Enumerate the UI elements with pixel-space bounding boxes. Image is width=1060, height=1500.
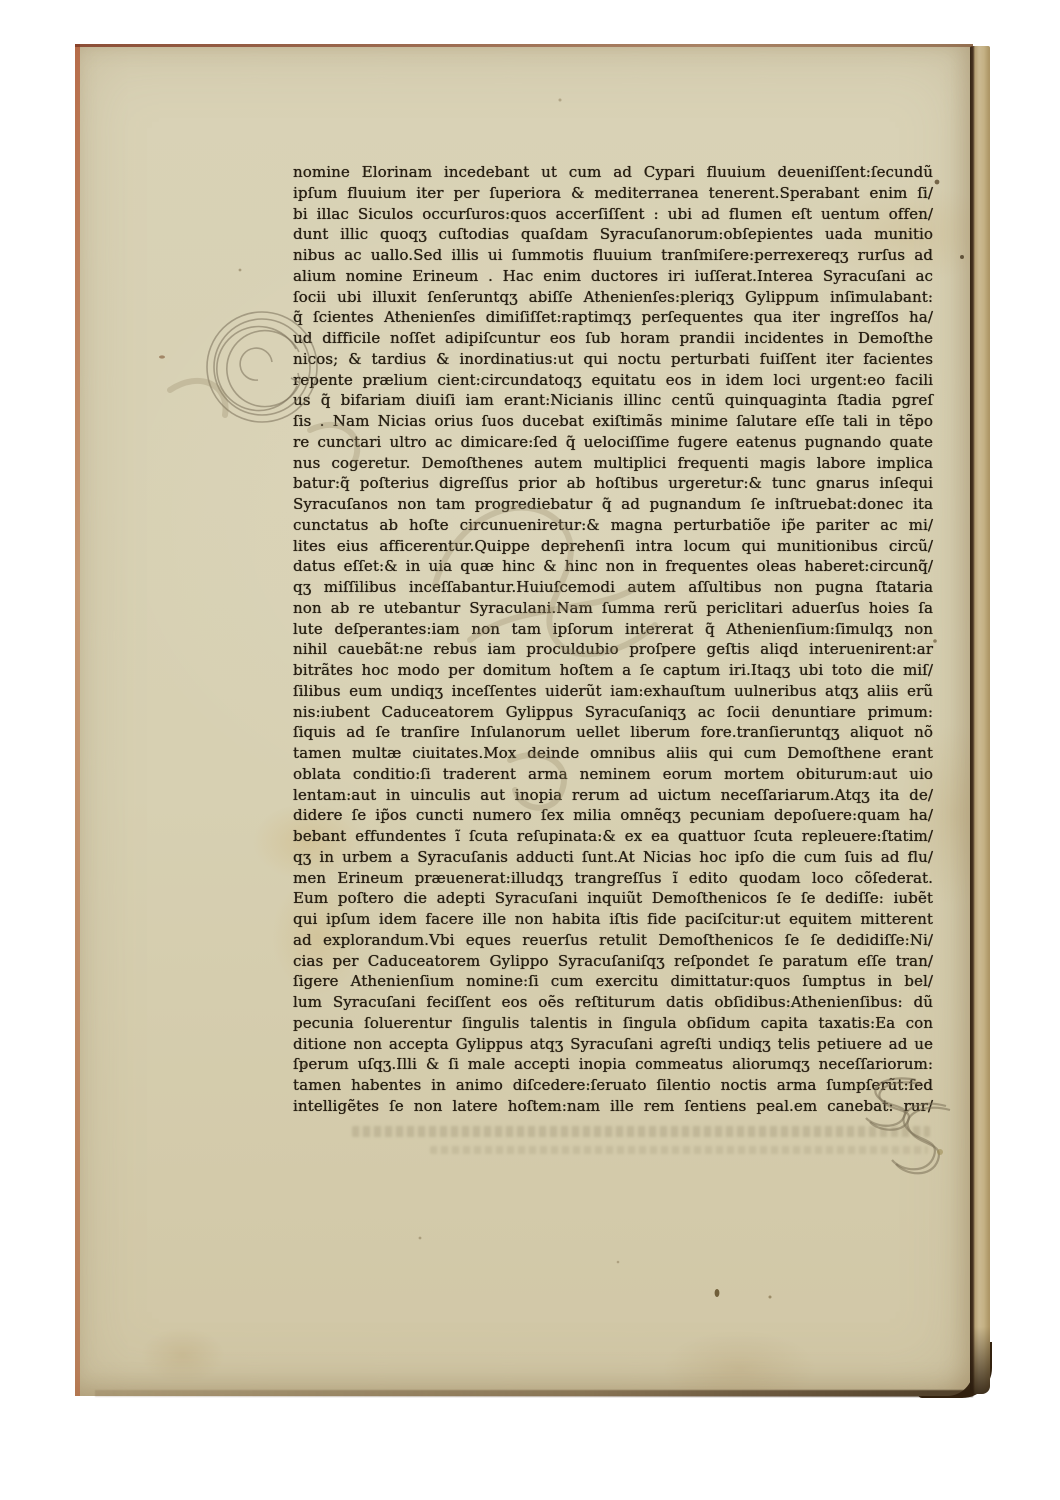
- text-line: ſocii ubi illuxit ſenſeruntqʒ abiſſe Ath…: [293, 287, 933, 308]
- text-line: nomine Elorinam incedebant ut cum ad Cyp…: [293, 162, 933, 183]
- text-line: repente prælium cient:circundatoqʒ equit…: [293, 370, 933, 391]
- text-line: tamen multæ ciuitates.Mox deinde omnibus…: [293, 743, 933, 764]
- text-line: men Erineum præuenerat:illudqʒ trangreſſ…: [293, 868, 933, 889]
- text-line: ſperum uſqʒ.Illi & ſi male accepti inopi…: [293, 1054, 933, 1075]
- scanned-book-page-photo: nomine Elorinam incedebant ut cum ad Cyp…: [0, 0, 1060, 1500]
- text-line: bi illac Siculos occurſuros:quos accerſi…: [293, 204, 933, 225]
- text-line: non ab re utebantur Syraculani.Nam ſumma…: [293, 598, 933, 619]
- text-line: bebant effundentes ĩ ſcuta reſupinata:& …: [293, 826, 933, 847]
- text-line: pecunia ſoluerentur ſingulis talentis in…: [293, 1013, 933, 1034]
- text-line: qʒ miſſilibus inceſſabantur.Huiuſcemodi …: [293, 577, 933, 598]
- verso-show-through-line: [430, 1146, 928, 1154]
- text-line: bitrãtes hoc modo per domitum hoſtem a ſ…: [293, 660, 933, 681]
- verso-show-through-line: [352, 1126, 930, 1137]
- text-line: Syracuſanos non tam progrediebatur q̃ ad…: [293, 494, 933, 515]
- text-line: batur:q̃ poſterius digreſſus prior ab ho…: [293, 473, 933, 494]
- book-fore-edge: [970, 46, 990, 1394]
- text-line: cias per Caduceatorem Gylippo Syracuſani…: [293, 951, 933, 972]
- text-line: nibus ac uallo.Sed illis ui ſummotis flu…: [293, 245, 933, 266]
- text-line: ſigere Athenienſium nomine:ſi cum exerci…: [293, 971, 933, 992]
- text-line: nis:iubent Caduceatorem Gylippus Syracuſ…: [293, 702, 933, 723]
- text-line: intelligẽtes ſe non latere hoſtem:nam il…: [293, 1096, 933, 1117]
- text-line: alium nomine Erineum . Hac enim ductores…: [293, 266, 933, 287]
- text-line: nihil cauebãt:ne rebus iam proculdubio p…: [293, 639, 933, 660]
- text-line: lentam:aut in uinculis aut inopia rerum …: [293, 785, 933, 806]
- text-line: datus eſſet:& in uia quæ hinc & hinc non…: [293, 556, 933, 577]
- text-line: ſiquis ad ſe tranſire Inſulanorum uellet…: [293, 722, 933, 743]
- latin-text-block: nomine Elorinam incedebant ut cum ad Cyp…: [293, 162, 933, 1117]
- text-line: q̃ ſcientes Athenienſes dimiſiſſet:rapti…: [293, 307, 933, 328]
- text-line: ſilibus eum undiqʒ inceſſentes uiderũt i…: [293, 681, 933, 702]
- page-left-edge-tint: [75, 44, 80, 1396]
- text-line: us q̃ bifariam diuiſi iam erant:Nicianis…: [293, 390, 933, 411]
- text-line: lute deſperantes:iam non tam ipſorum int…: [293, 619, 933, 640]
- text-line: lum Syracuſani feciſſent eos oẽs reſtitu…: [293, 992, 933, 1013]
- text-line: Eum poſtero die adepti Syracuſani inquiũ…: [293, 888, 933, 909]
- text-line: ipſum fluuium iter per ſuperiora & medit…: [293, 183, 933, 204]
- text-line: ſis . Nam Nicias orius ſuos ducebat exiſ…: [293, 411, 933, 432]
- text-line: tamen habentes in animo diſcedere:ſeruat…: [293, 1075, 933, 1096]
- text-line: qui ipſum idem facere ille non habita iſ…: [293, 909, 933, 930]
- text-line: ditione non accepta Gylippus atqʒ Syracu…: [293, 1034, 933, 1055]
- text-line: ad explorandum.Vbi eques reuerſus retuli…: [293, 930, 933, 951]
- text-line: didere ſe ip̃os cuncti numero ſex milia …: [293, 805, 933, 826]
- page-top-edge-tint: [75, 44, 973, 47]
- text-line: qʒ in urbem a Syracuſanis adducti ſunt.A…: [293, 847, 933, 868]
- text-line: ud difficile noſſet adipiſcuntur eos ſub…: [293, 328, 933, 349]
- text-line: cunctatus ab hoſte circunueniretur:& mag…: [293, 515, 933, 536]
- text-line: nicos; & tardius & inordinatius:ut qui n…: [293, 349, 933, 370]
- text-line: oblata conditio:ſi traderent arma nemine…: [293, 764, 933, 785]
- text-line: lites eius afficerentur.Quippe deprehenſ…: [293, 536, 933, 557]
- text-line: nus cogeretur. Demoſthenes autem multipl…: [293, 453, 933, 474]
- page-bottom-edge-shadow: [95, 1390, 973, 1397]
- text-line: dunt illic quoqʒ cuſtodias quaſdam Syrac…: [293, 224, 933, 245]
- text-line: re cunctari ultro ac dimicare:ſed q̃ uel…: [293, 432, 933, 453]
